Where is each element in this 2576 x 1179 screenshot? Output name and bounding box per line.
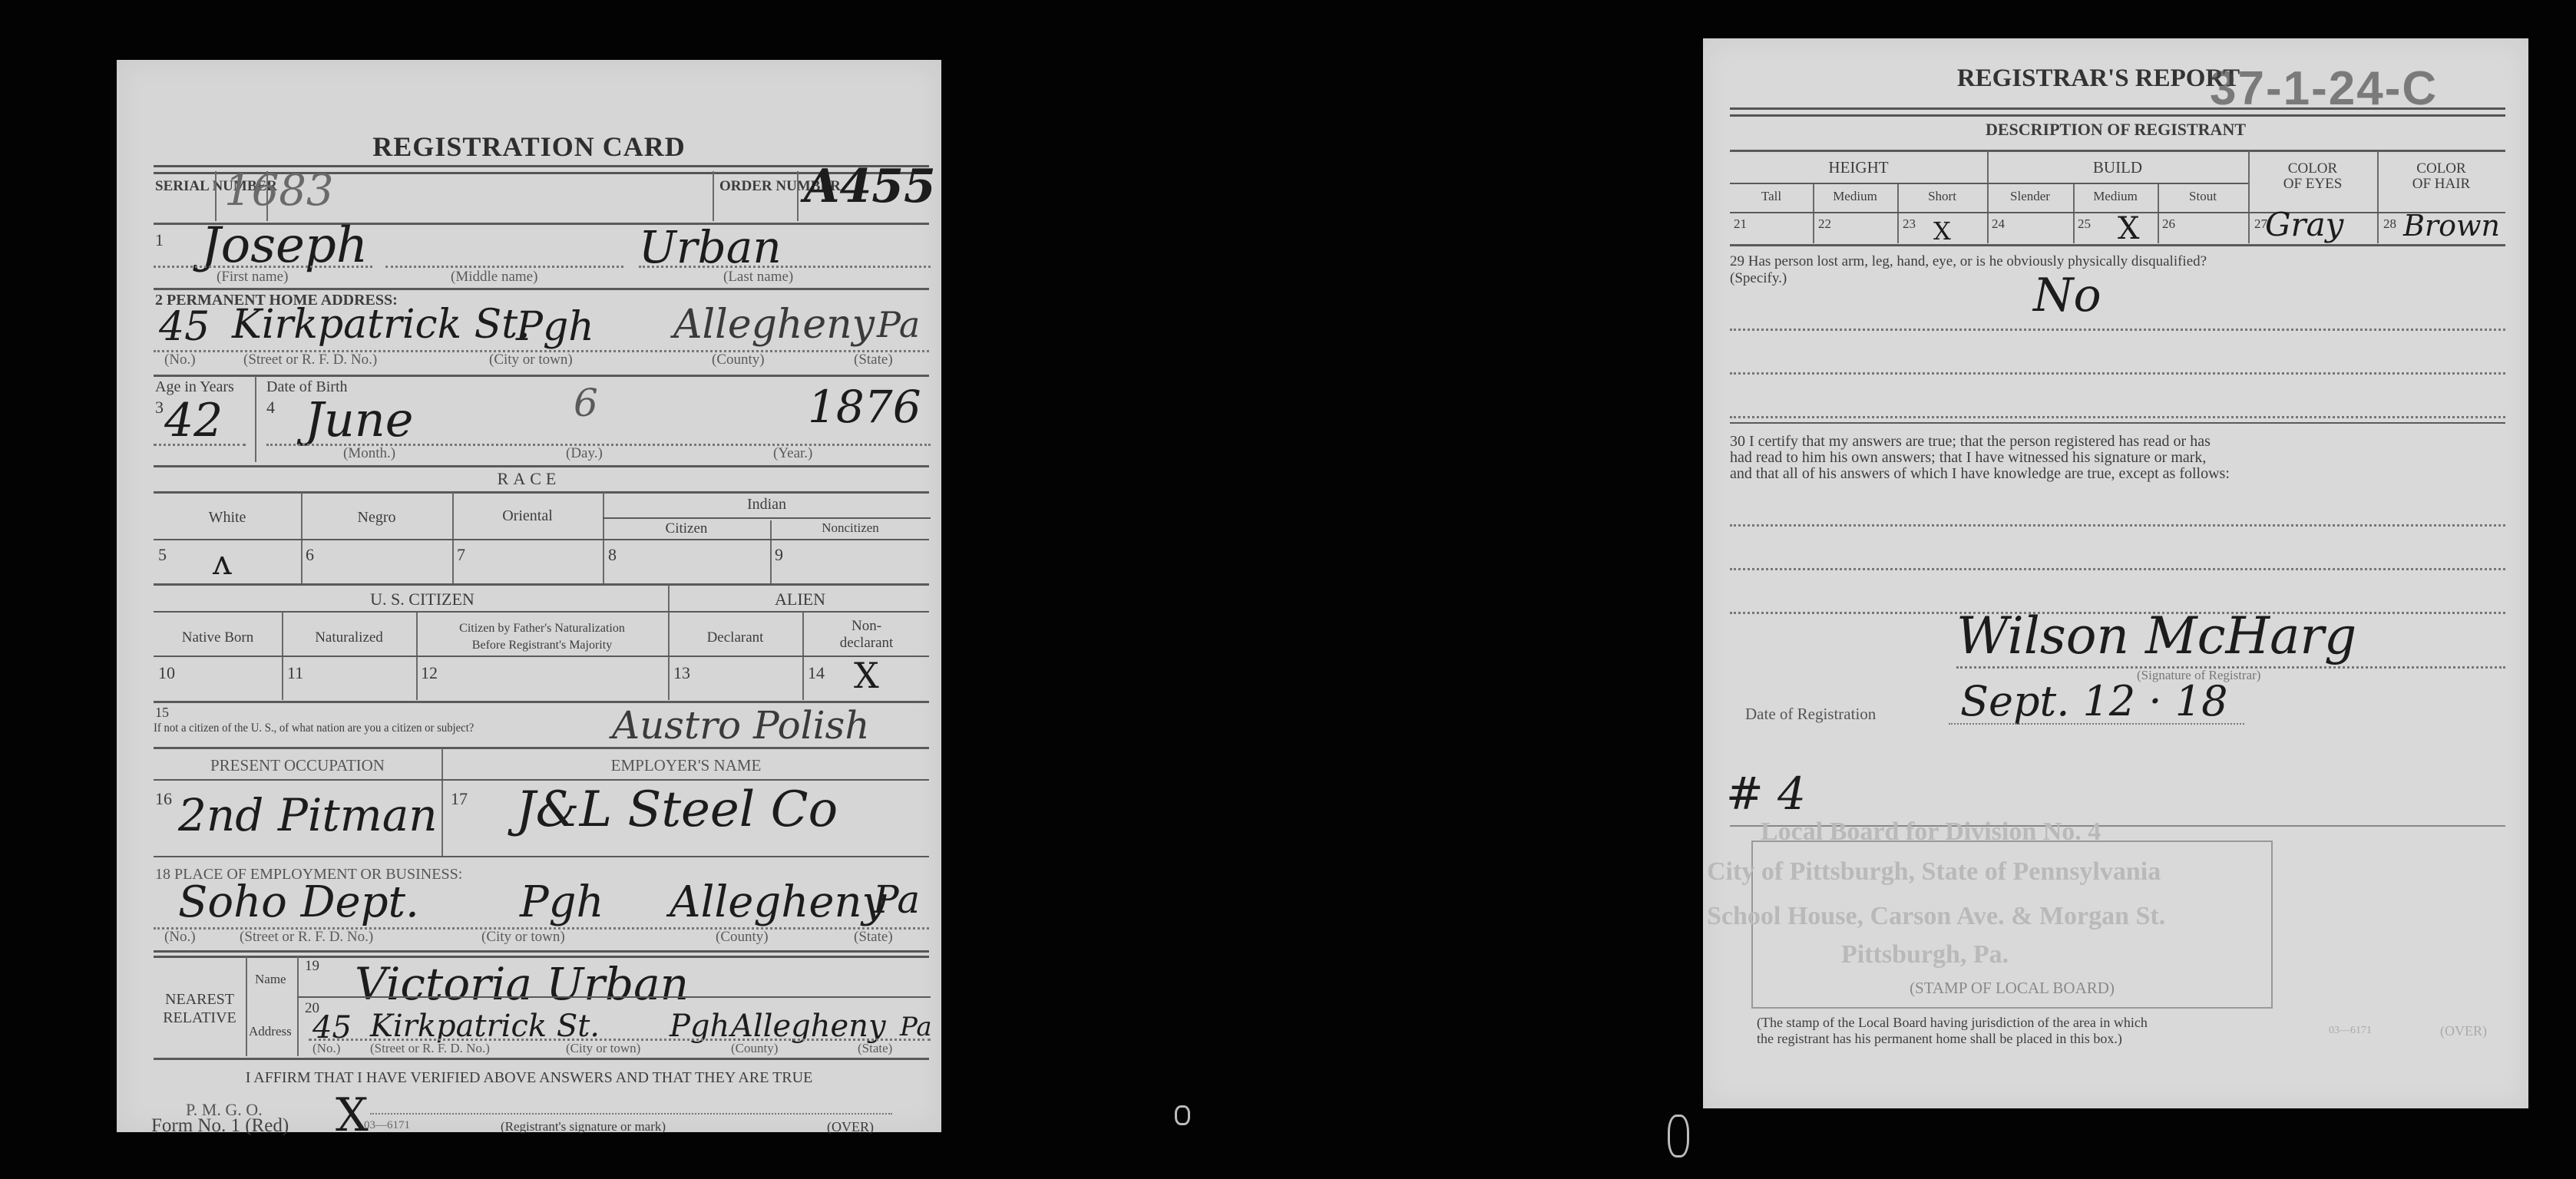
alien-heading: ALIEN xyxy=(670,589,931,609)
employment-city-label: (City or town) xyxy=(481,929,565,946)
print-code: 03—6171 xyxy=(364,1119,410,1132)
height-heading: HEIGHT xyxy=(1730,158,1987,177)
naturalized-label: Naturalized xyxy=(282,629,416,646)
form-number: Form No. 1 (Red) xyxy=(151,1115,289,1137)
relative-state-label: (State) xyxy=(858,1041,892,1056)
nondeclarant-label: Non- declarant xyxy=(802,618,931,652)
first-name-label: (First name) xyxy=(217,269,288,286)
serial-number-value: 1683 xyxy=(224,166,334,216)
registrars-report-card: REGISTRAR'S REPORT 37-1-24-C DESCRIPTION… xyxy=(1703,38,2528,1108)
registration-date-label: Date of Registration xyxy=(1745,705,1876,724)
address-city-label: (City or town) xyxy=(489,352,573,368)
build-medium-label: Medium xyxy=(2073,189,2158,204)
board-note: # 4 xyxy=(1726,768,1806,820)
q9-number: 9 xyxy=(775,545,783,565)
q14-number: 14 xyxy=(808,663,825,683)
affirmation-text: I AFFIRM THAT I HAVE VERIFIED ABOVE ANSW… xyxy=(117,1069,941,1087)
declarant-label: Declarant xyxy=(668,629,802,646)
q13-number: 13 xyxy=(673,663,690,683)
race-negro-label: Negro xyxy=(301,509,452,527)
race-white-label: White xyxy=(154,509,301,527)
employment-city: Pgh xyxy=(520,877,604,927)
registrar-signature: Wilson McHarg xyxy=(1956,606,2356,665)
home-address-city: Pgh xyxy=(516,304,594,350)
dob-year-label: (Year.) xyxy=(773,445,812,462)
relative-no-label: (No.) xyxy=(312,1041,340,1056)
order-number-label: ORDER NUMBER xyxy=(719,179,804,194)
registration-card: REGISTRATION CARD SERIAL NUMBER 1683 ORD… xyxy=(117,60,941,1132)
eyes-heading: COLOROF EYES xyxy=(2248,161,2377,192)
q8-number: 8 xyxy=(608,545,617,565)
address-state-label: (State) xyxy=(854,352,893,368)
employment-no-label: (No.) xyxy=(164,929,196,946)
registration-date-value: Sept. 12 · 18 xyxy=(1960,677,2227,725)
q1-number: 1 xyxy=(155,230,164,250)
dob-day-label: (Day.) xyxy=(566,445,603,462)
age-value: 42 xyxy=(164,394,223,447)
hair-heading: COLOROF HAIR xyxy=(2377,161,2505,192)
nearest-relative-label: NEAREST RELATIVE xyxy=(154,990,246,1027)
race-white-mark: ʌ xyxy=(213,543,232,583)
nation-question: If not a citizen of the U. S., of what n… xyxy=(154,722,474,735)
hair-color-value: Brown xyxy=(2403,209,2500,243)
height-short-label: Short xyxy=(1897,189,1987,204)
employment-state: Pa xyxy=(873,877,920,922)
q15-number: 15 xyxy=(155,705,169,721)
relative-address-label: Address xyxy=(249,1024,292,1039)
us-citizen-heading: U. S. CITIZEN xyxy=(154,589,691,609)
q5-number: 5 xyxy=(158,545,167,565)
stamp-line-1: Local Board for Division No. 4 xyxy=(1761,817,2101,847)
specify-label: (Specify.) xyxy=(1730,270,1787,287)
height-tall-label: Tall xyxy=(1730,189,1813,204)
report-print-code: 03—6171 xyxy=(2329,1025,2372,1037)
employment-state-label: (State) xyxy=(854,929,893,946)
physical-question: 29 Has person lost arm, leg, hand, eye, … xyxy=(1730,253,2207,270)
home-address-county: Allegheny xyxy=(673,302,875,348)
dob-year: 1876 xyxy=(808,381,921,433)
q21-number: 21 xyxy=(1734,216,1747,232)
q6-number: 6 xyxy=(306,545,314,565)
address-county-label: (County) xyxy=(712,352,765,368)
q25-number: 25 xyxy=(2078,216,2091,232)
q23-number: 23 xyxy=(1903,216,1916,232)
occupation-value: 2nd Pitman xyxy=(178,789,438,841)
q19-number: 19 xyxy=(305,958,319,975)
nondeclarant-mark: X xyxy=(854,655,879,696)
height-short-mark: X xyxy=(1933,216,1951,246)
employment-street: Soho Dept. xyxy=(178,877,419,927)
serial-number-label: SERIAL NUMBER xyxy=(155,179,232,194)
q11-number: 11 xyxy=(287,663,303,683)
q7-number: 7 xyxy=(457,545,465,565)
report-over-label: (OVER) xyxy=(2440,1023,2487,1039)
middle-name-label: (Middle name) xyxy=(451,269,537,286)
dob-day: 6 xyxy=(574,381,598,425)
q26-number: 26 xyxy=(2162,216,2175,232)
q16-number: 16 xyxy=(155,789,172,809)
stamp-line-4: Pittsburgh, Pa. xyxy=(1841,940,2009,969)
q4-number: 4 xyxy=(266,398,275,418)
build-heading: BUILD xyxy=(1987,158,2248,177)
card-title: REGISTRATION CARD xyxy=(117,130,941,163)
registrant-signature-mark: X xyxy=(336,1088,369,1142)
occupation-heading: PRESENT OCCUPATION xyxy=(154,756,441,775)
employer-heading: EMPLOYER'S NAME xyxy=(441,756,931,775)
q24-number: 24 xyxy=(1992,216,2005,232)
relative-name-value: Victoria Urban xyxy=(355,958,689,1010)
last-name-label: (Last name) xyxy=(723,269,793,286)
eye-color-value: Gray xyxy=(2265,206,2343,243)
registrant-signature-label: (Registrant's signature or mark) xyxy=(501,1119,666,1134)
build-slender-label: Slender xyxy=(1987,189,2073,204)
q17-number: 17 xyxy=(451,789,468,809)
build-stout-label: Stout xyxy=(2158,189,2248,204)
relative-street-label: (Street or R. F. D. No.) xyxy=(370,1041,490,1056)
home-address-street: Kirkpatrick St. xyxy=(232,302,531,348)
dob-month: June xyxy=(305,391,413,447)
relative-name-label: Name xyxy=(255,972,286,987)
relative-county-label: (County) xyxy=(731,1041,778,1056)
employment-county: Allegheny xyxy=(670,877,886,927)
by-father-label: Citizen by Father's Naturalization Befor… xyxy=(416,620,668,654)
q22-number: 22 xyxy=(1818,216,1831,232)
race-heading: RACE xyxy=(117,469,941,489)
relative-address-state: Pa xyxy=(900,1012,932,1042)
scan-artifact xyxy=(1175,1105,1190,1125)
employment-street-label: (Street or R. F. D. No.) xyxy=(240,929,373,946)
race-indian-noncitizen-label: Noncitizen xyxy=(770,520,931,536)
stamp-caption: (The stamp of the Local Board having jur… xyxy=(1757,1015,2148,1047)
stamp-line-3: School House, Carson Ave. & Morgan St. xyxy=(1707,902,2165,931)
native-born-label: Native Born xyxy=(154,629,282,646)
local-board-stamp-box: Local Board for Division No. 4 City of P… xyxy=(1751,840,2273,1009)
nation-value: Austro Polish xyxy=(612,703,870,748)
relative-city-label: (City or town) xyxy=(566,1041,640,1056)
height-medium-label: Medium xyxy=(1813,189,1897,204)
q12-number: 12 xyxy=(421,663,438,683)
q10-number: 10 xyxy=(158,663,175,683)
certification-text: 30 I certify that my answers are true; t… xyxy=(1730,434,2509,482)
home-address-state: Pa xyxy=(877,304,920,345)
over-label: (OVER) xyxy=(827,1119,874,1135)
home-address-no: 45 xyxy=(159,304,210,350)
description-heading: DESCRIPTION OF REGISTRANT xyxy=(1703,120,2528,140)
race-oriental-label: Oriental xyxy=(452,507,603,525)
physical-value: No xyxy=(2033,269,2101,322)
q28-number: 28 xyxy=(2383,216,2396,232)
stamp-line-2: City of Pittsburgh, State of Pennsylvani… xyxy=(1707,857,2161,887)
dob-month-label: (Month.) xyxy=(343,445,395,462)
race-indian-citizen-label: Citizen xyxy=(603,520,770,537)
order-number-value: A455 xyxy=(804,160,936,213)
race-indian-label: Indian xyxy=(603,496,931,514)
stamp-label: (STAMP OF LOCAL BOARD) xyxy=(1753,979,2271,998)
address-no-label: (No.) xyxy=(164,352,196,368)
q3-number: 3 xyxy=(155,398,164,418)
address-street-label: (Street or R. F. D. No.) xyxy=(243,352,377,368)
build-medium-mark: X xyxy=(2118,211,2139,246)
scan-artifact xyxy=(1668,1115,1689,1158)
employer-value: J&L Steel Co xyxy=(516,781,838,838)
employment-county-label: (County) xyxy=(716,929,769,946)
